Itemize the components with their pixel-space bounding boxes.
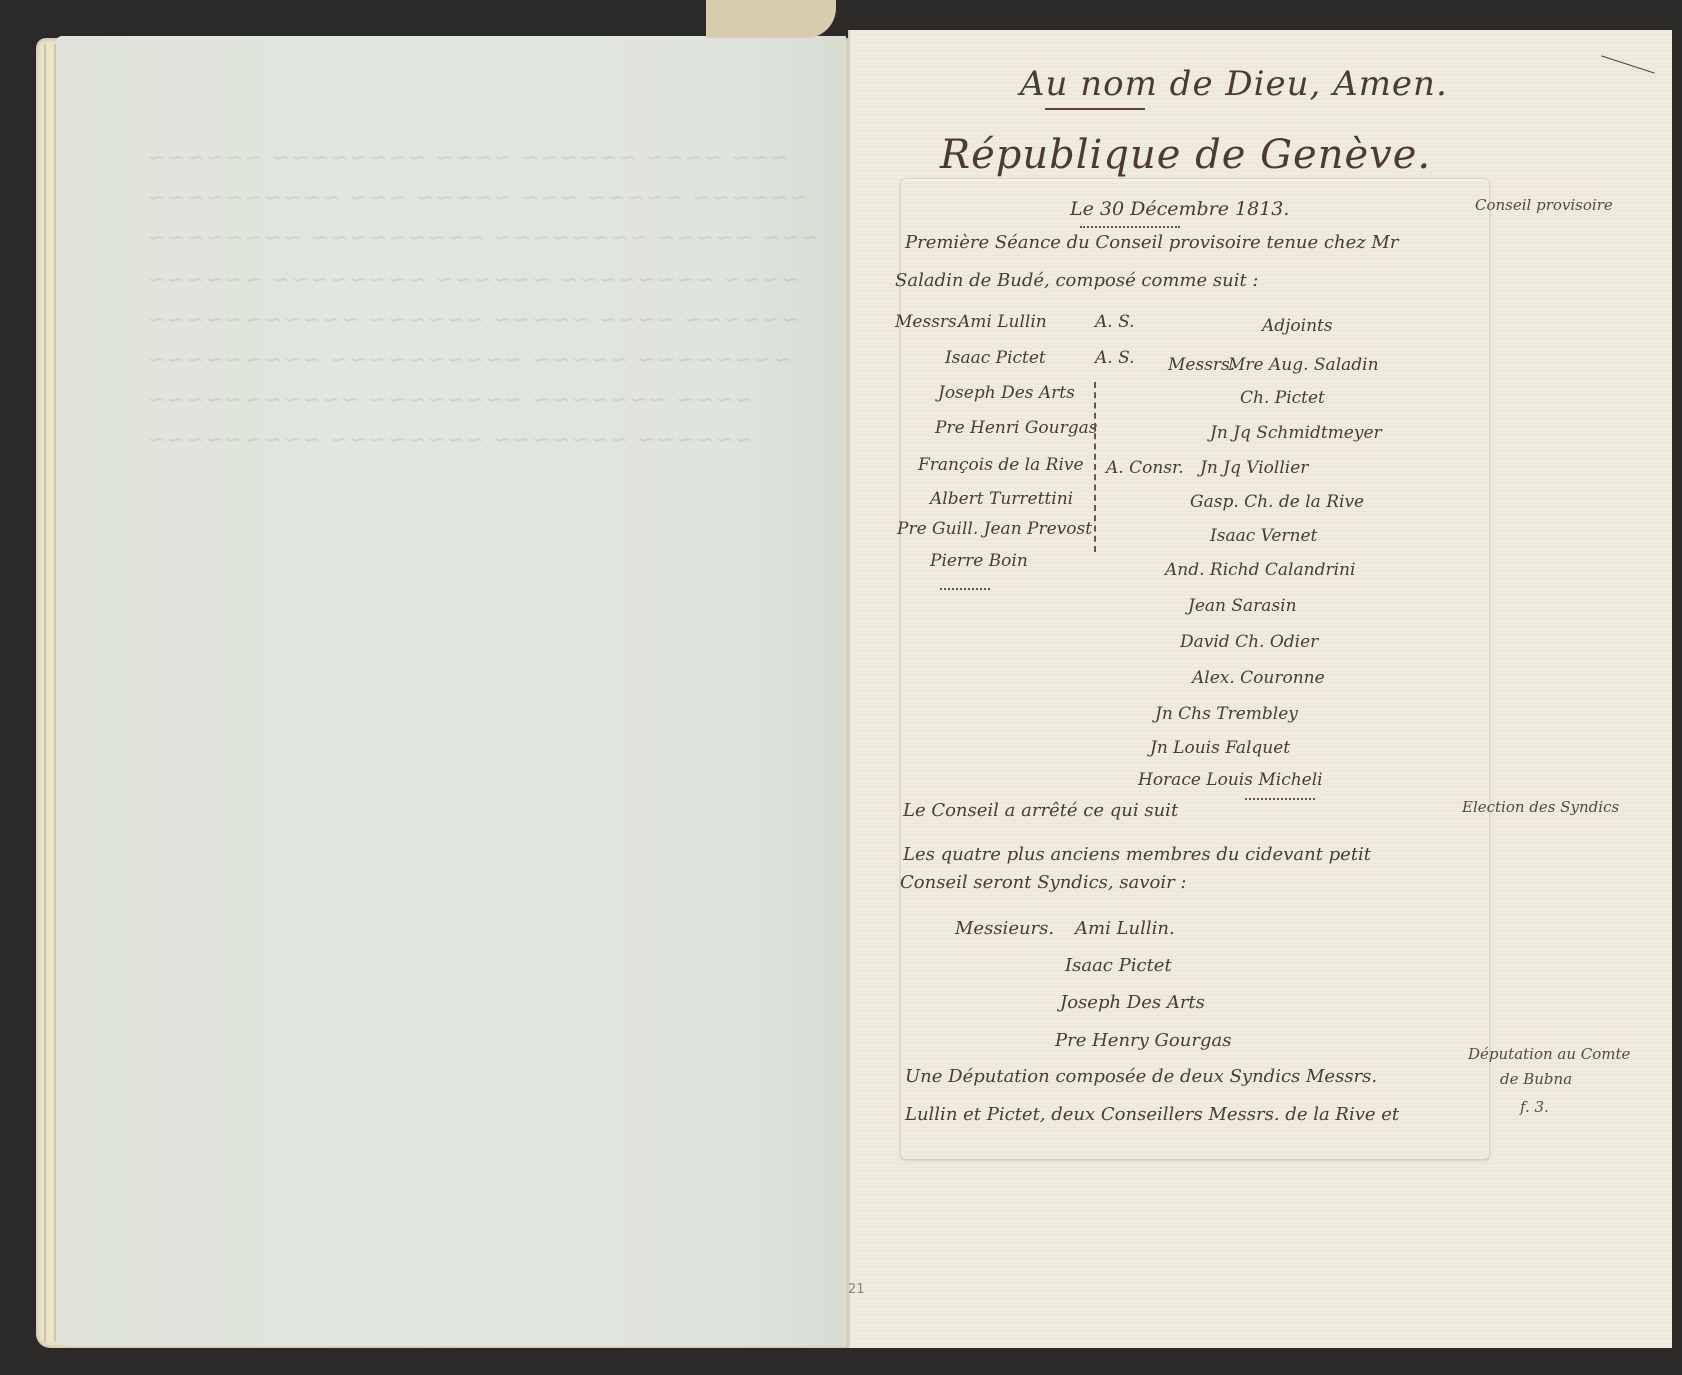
syndic-name: Isaac Pictet xyxy=(1065,955,1172,976)
intro-line-1: Première Séance du Conseil provisoire te… xyxy=(905,232,1398,253)
member-name: Ami Lullin xyxy=(958,312,1047,332)
paragraph-2-line-2: Lullin et Pictet, deux Conseillers Messr… xyxy=(905,1104,1399,1125)
member-name: Albert Turrettini xyxy=(930,489,1073,509)
gutter-pencil-mark: 21 xyxy=(848,1282,865,1297)
paragraph-1-line-2: Conseil seront Syndics, savoir : xyxy=(900,872,1186,893)
syndic-name: Ami Lullin. xyxy=(1075,918,1175,939)
member-note: A. S. xyxy=(1095,348,1135,368)
brace-label: A. Consr. xyxy=(1106,458,1184,478)
adjoint-name: Mre Aug. Saladin xyxy=(1228,355,1379,375)
page-edge xyxy=(44,44,46,1342)
adjoint-name: Jn Louis Falquet xyxy=(1150,738,1290,758)
bleed-through-line: ~~~~~~ ~~~~~~~ ~~~~~~~~ ~~~~~~~~~ xyxy=(146,428,753,453)
list-end-mark xyxy=(940,588,990,591)
margin-note-bubna: de Bubna xyxy=(1500,1070,1572,1088)
margin-note-deputation: Députation au Comte xyxy=(1468,1045,1630,1063)
session-date: Le 30 Décembre 1813. xyxy=(1070,198,1289,220)
paragraph-1-line-1: Les quatre plus anciens membres du cidev… xyxy=(903,844,1371,865)
member-name: Pierre Boin xyxy=(930,551,1028,571)
bleed-through-line: ~~~~~~~~ ~~~~~ ~~~~~~~~~~ ~~~~~~~~~ xyxy=(146,348,792,373)
date-underline xyxy=(1080,226,1180,229)
brace-bracket xyxy=(1094,382,1102,552)
bleed-through-line: ~~~~~~ ~~~~~ ~~~ ~~~~~ ~~~ ~~~~~~~~~~ xyxy=(146,186,808,211)
adjoint-name: Jn Jq Schmidtmeyer xyxy=(1210,423,1382,443)
member-name: Isaac Pictet xyxy=(945,348,1046,368)
syndic-name: Joseph Des Arts xyxy=(1060,992,1205,1013)
intro-line-2: Saladin de Budé, composé comme suit : xyxy=(895,270,1258,291)
paragraph-2-line-1: Une Députation composée de deux Syndics … xyxy=(905,1066,1377,1087)
member-name: Joseph Des Arts xyxy=(938,383,1075,403)
member-name: François de la Rive xyxy=(918,455,1084,475)
syndic-name: Pre Henry Gourgas xyxy=(1055,1030,1231,1051)
adjoint-name: Ch. Pictet xyxy=(1240,388,1325,408)
adjoint-name: Gasp. Ch. de la Rive xyxy=(1190,492,1364,512)
margin-note-folio-ref: f. 3. xyxy=(1520,1098,1549,1116)
adjoints-prefix: Messrs. xyxy=(1168,355,1235,375)
adjoints-heading: Adjoints xyxy=(1262,316,1333,336)
adjoint-name: And. Richd Calandrini xyxy=(1165,560,1355,580)
member-name: Pre Guill. Jean Prevost xyxy=(897,519,1092,539)
heading-republic: République de Genève. xyxy=(940,132,1431,178)
bleed-through-line: ~~~ ~~~~ ~~~~~~ ~~~~ ~~~~~~~~ ~~~~~~ xyxy=(146,146,788,171)
bleed-through-line: ~~~ ~~~~~ ~~~~~~~~ ~~~~~~~~~ ~~~~~~~~ xyxy=(146,226,819,251)
left-page-blank: ~~~ ~~~~ ~~~~~~ ~~~~ ~~~~~~~~ ~~~~~~ ~~~… xyxy=(56,36,846,1346)
resolution-line: Le Conseil a arrêté ce qui suit xyxy=(903,800,1178,821)
adjoint-name: Jn Jq Viollier xyxy=(1200,458,1308,478)
adjoint-name: Jn Chs Trembley xyxy=(1155,704,1298,724)
bleed-through-line: ~~~~ ~~~~~~~~ ~~~~~~ ~~~~~~~~ ~~~~~~ xyxy=(146,268,800,293)
adjoint-name: Jean Sarasin xyxy=(1188,596,1297,616)
heading-underline xyxy=(1045,108,1145,110)
book-binding-edge xyxy=(706,0,836,38)
adjoint-name: Horace Louis Micheli xyxy=(1138,770,1323,790)
list-end-mark xyxy=(1245,798,1315,801)
adjoint-name: Isaac Vernet xyxy=(1210,526,1317,546)
syndics-prefix: Messieurs. xyxy=(955,918,1054,939)
adjoint-name: David Ch. Odier xyxy=(1180,632,1318,652)
members-prefix: Messrs. xyxy=(895,312,962,332)
adjoint-name: Alex. Couronne xyxy=(1192,668,1325,688)
margin-note-election-syndics: Election des Syndics xyxy=(1462,798,1619,816)
member-note: A. S. xyxy=(1095,312,1135,332)
bleed-through-line: ~~~~ ~~~~~~~ ~~~~~~~~ ~~~~~~~~~~~ xyxy=(146,388,753,413)
heading-invocation: Au nom de Dieu, Amen. xyxy=(1020,64,1448,104)
member-name: Pre Henri Gourgas xyxy=(935,418,1097,438)
margin-note-conseil-provisoire: Conseil provisoire xyxy=(1475,196,1613,214)
bleed-through-line: ~~~~~~ ~~~~ ~~~~~ ~~~~~~ ~~~~~~~~~~~ xyxy=(146,308,800,333)
